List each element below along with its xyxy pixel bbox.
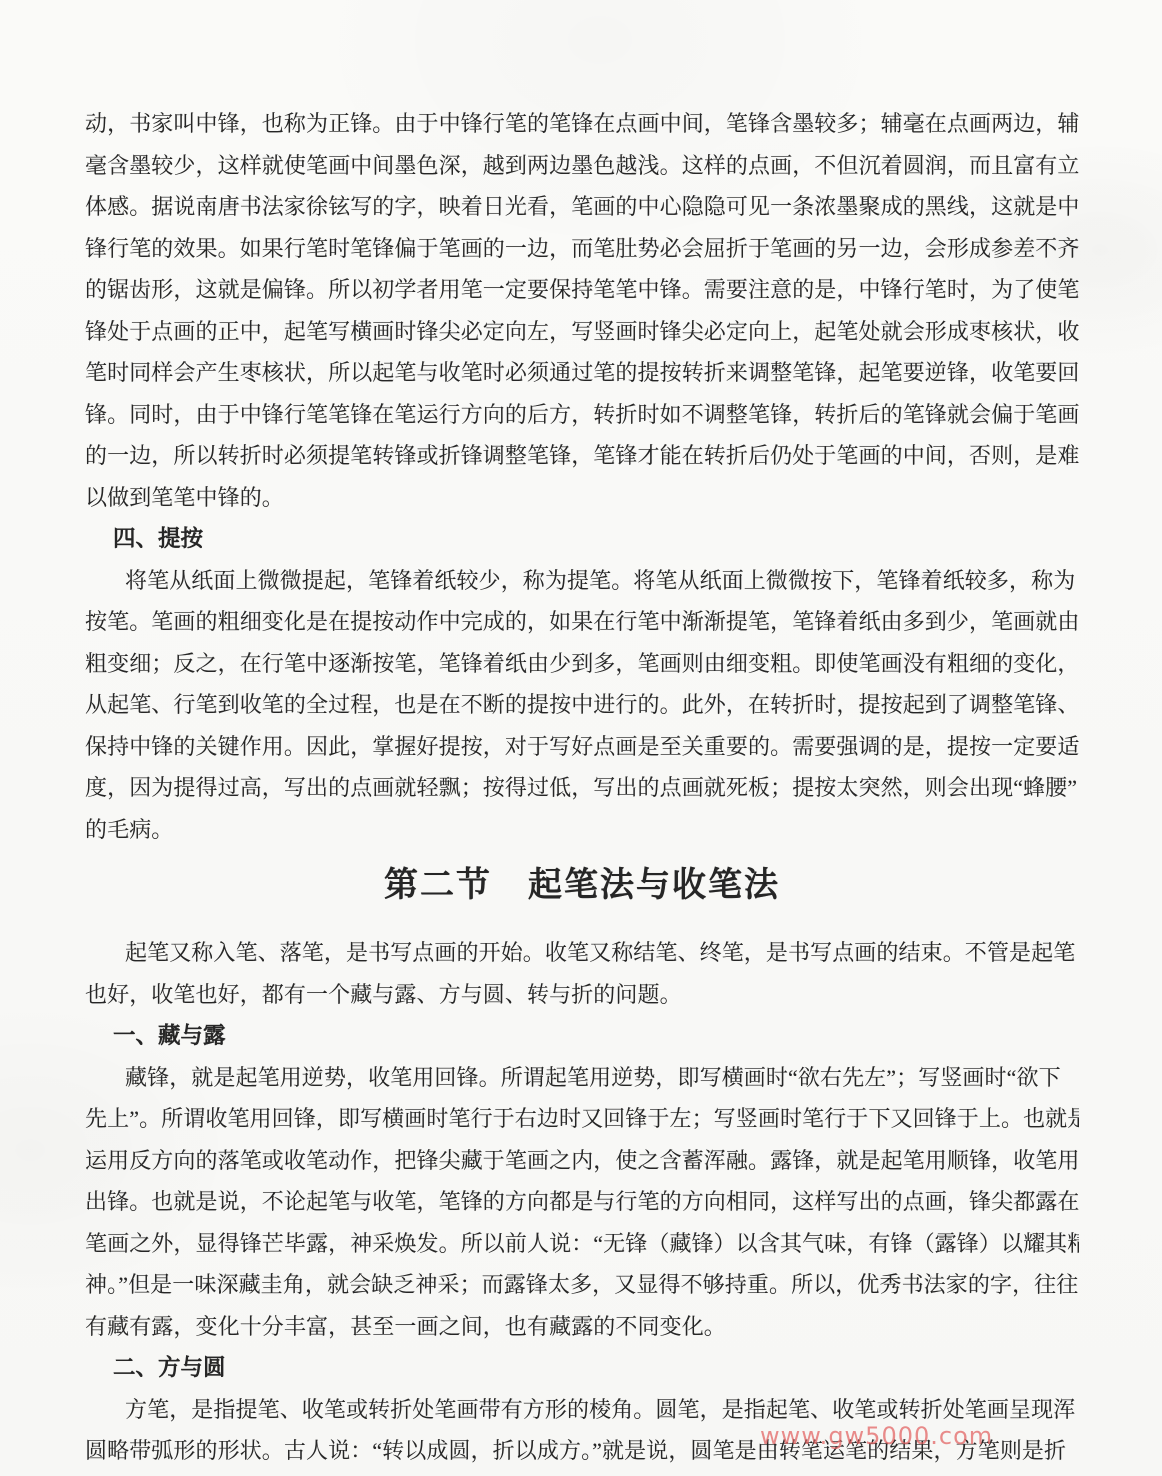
- text-line: 的一边，所以转折时必须提笔转锋或折锋调整笔锋，笔锋才能在转折后仍处于笔画的中间，…: [85, 435, 1079, 477]
- subheading-tian: 四、提按: [85, 518, 1079, 560]
- subheading-fangyuan: 二、方与圆: [85, 1347, 1079, 1389]
- text-line: 从起笔、行笔到收笔的全过程，也是在不断的提按中进行的。此外，在转折时，提按起到了…: [85, 684, 1079, 726]
- paragraph-canglu: 藏锋，就是起笔用逆势，收笔用回锋。所谓起笔用逆势，即写横画时“欲右先左”；写竖画…: [85, 1057, 1079, 1348]
- text-line: 保持中锋的关键作用。因此，掌握好提按，对于写好点画是至关重要的。需要强调的是，提…: [85, 726, 1079, 768]
- watermark: www.gw5000.com: [760, 1422, 993, 1450]
- paragraph-qishoubi-intro: 起笔又称入笔、落笔，是书写点画的开始。收笔又称结笔、终笔，是书写点画的结束。不管…: [85, 932, 1079, 1015]
- subheading-canglu: 一、藏与露: [85, 1015, 1079, 1057]
- section-title: 第二节 起笔法与收笔法: [85, 858, 1079, 914]
- text-line: 按笔。笔画的粗细变化是在提按动作中完成的，如果在行笔中渐渐提笔，笔锋着纸由多到少…: [85, 601, 1079, 643]
- paragraph-tian: 将笔从纸面上微微提起，笔锋着纸较少，称为提笔。将笔从纸面上微微按下，笔锋着纸较多…: [85, 560, 1079, 851]
- paragraph-zhongfeng: 动，书家叫中锋，也称为正锋。由于中锋行笔的笔锋在点画中间，笔锋含墨较多；辅毫在点…: [85, 103, 1079, 518]
- text-line: 的锯齿形，这就是偏锋。所以初学者用笔一定要保持笔笔中锋。需要注意的是，中锋行笔时…: [85, 269, 1079, 311]
- scanned-book-page: 动，书家叫中锋，也称为正锋。由于中锋行笔的笔锋在点画中间，笔锋含墨较多；辅毫在点…: [0, 0, 1162, 1476]
- text-line: 笔时同样会产生枣核状，所以起笔与收笔时必须通过笔的提按转折来调整笔锋，起笔要逆锋…: [85, 352, 1079, 394]
- text-line: 的毛病。: [85, 809, 1079, 851]
- text-line: 也好，收笔也好，都有一个藏与露、方与圆、转与折的问题。: [85, 974, 1079, 1016]
- text-line: 神。”但是一味深藏圭角，就会缺乏神采；而露锋太多，又显得不够持重。所以，优秀书法…: [85, 1264, 1079, 1306]
- text-line: 体感。据说南唐书法家徐铉写的字，映着日光看，笔画的中心隐隐可见一条浓墨聚成的黑线…: [85, 186, 1079, 228]
- text-line: 锋。同时，由于中锋行笔笔锋在笔运行方向的后方，转折时如不调整笔锋，转折后的笔锋就…: [85, 394, 1079, 436]
- text-line: 起笔又称入笔、落笔，是书写点画的开始。收笔又称结笔、终笔，是书写点画的结束。不管…: [85, 932, 1079, 974]
- text-column: 动，书家叫中锋，也称为正锋。由于中锋行笔的笔锋在点画中间，笔锋含墨较多；辅毫在点…: [85, 103, 1079, 1472]
- text-line: 笔画之外，显得锋芒毕露，神采焕发。所以前人说：“无锋（藏锋）以含其气味，有锋（露…: [85, 1223, 1079, 1265]
- text-line: 藏锋，就是起笔用逆势，收笔用回锋。所谓起笔用逆势，即写横画时“欲右先左”；写竖画…: [85, 1057, 1079, 1099]
- text-line: 毫含墨较少，这样就使笔画中间墨色深，越到两边墨色越浅。这样的点画，不但沉着圆润，…: [85, 145, 1079, 187]
- text-line: 动，书家叫中锋，也称为正锋。由于中锋行笔的笔锋在点画中间，笔锋含墨较多；辅毫在点…: [85, 103, 1079, 145]
- text-line: 以做到笔笔中锋的。: [85, 477, 1079, 519]
- text-line: 度，因为提得过高，写出的点画就轻飘；按得过低，写出的点画就死板；提按太突然，则会…: [85, 767, 1079, 809]
- text-line: 运用反方向的落笔或收笔动作，把锋尖藏于笔画之内，使之含蓄浑融。露锋，就是起笔用顺…: [85, 1140, 1079, 1182]
- text-line: 先上”。所谓收笔用回锋，即写横画时笔行于右边时又回锋于左；写竖画时笔行于下又回锋…: [85, 1098, 1079, 1140]
- text-line: 出锋。也就是说，不论起笔与收笔，笔锋的方向都是与行笔的方向相同，这样写出的点画，…: [85, 1181, 1079, 1223]
- text-line: 有藏有露，变化十分丰富，甚至一画之间，也有藏露的不同变化。: [85, 1306, 1079, 1348]
- text-line: 粗变细；反之，在行笔中逐渐按笔，笔锋着纸由少到多，笔画则由细变粗。即使笔画没有粗…: [85, 643, 1079, 685]
- text-line: 将笔从纸面上微微提起，笔锋着纸较少，称为提笔。将笔从纸面上微微按下，笔锋着纸较多…: [85, 560, 1079, 602]
- text-line: 锋行笔的效果。如果行笔时笔锋偏于笔画的一边，而笔肚势必会屈折于笔画的另一边，会形…: [85, 228, 1079, 270]
- text-line: 锋处于点画的正中，起笔写横画时锋尖必定向左，写竖画时锋尖必定向上，起笔处就会形成…: [85, 311, 1079, 353]
